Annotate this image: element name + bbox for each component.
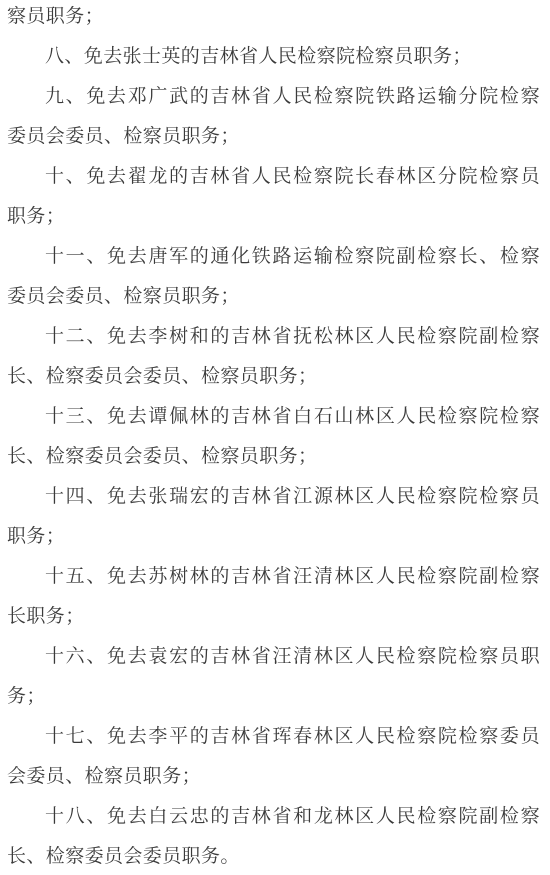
document-line: 职务； (7, 197, 540, 237)
document-page: 察员职务；八、免去张士英的吉林省人民检察院检察员职务；九、免去邓广武的吉林省人民… (0, 0, 550, 872)
document-line: 十八、免去白云忠的吉林省和龙林区人民检察院副检察 (7, 797, 540, 837)
document-line: 长、检察委员会委员职务。 (7, 837, 540, 875)
document-line: 委员会委员、检察员职务； (7, 117, 540, 157)
document-line: 务； (7, 677, 540, 717)
document-line: 长职务； (7, 597, 540, 637)
document-line: 委员会委员、检察员职务； (7, 277, 540, 317)
document-line: 会委员、检察员职务； (7, 757, 540, 797)
document-line: 十、免去翟龙的吉林省人民检察院长春林区分院检察员 (7, 157, 540, 197)
document-line: 八、免去张士英的吉林省人民检察院检察员职务； (7, 37, 540, 77)
document-line: 察员职务； (7, 0, 540, 37)
document-line: 十三、免去谭佩林的吉林省白石山林区人民检察院检察 (7, 397, 540, 437)
document-line: 十二、免去李树和的吉林省抚松林区人民检察院副检察 (7, 317, 540, 357)
document-line: 十六、免去袁宏的吉林省汪清林区人民检察院检察员职 (7, 637, 540, 677)
document-body: 察员职务；八、免去张士英的吉林省人民检察院检察员职务；九、免去邓广武的吉林省人民… (7, 0, 540, 875)
document-line: 十五、免去苏树林的吉林省汪清林区人民检察院副检察 (7, 557, 540, 597)
document-line: 职务； (7, 517, 540, 557)
document-line: 长、检察委员会委员、检察员职务； (7, 357, 540, 397)
document-line: 十四、免去张瑞宏的吉林省江源林区人民检察院检察员 (7, 477, 540, 517)
document-line: 十一、免去唐军的通化铁路运输检察院副检察长、检察 (7, 237, 540, 277)
document-line: 十七、免去李平的吉林省珲春林区人民检察院检察委员 (7, 717, 540, 757)
document-line: 长、检察委员会委员、检察员职务； (7, 437, 540, 477)
document-line: 九、免去邓广武的吉林省人民检察院铁路运输分院检察 (7, 77, 540, 117)
